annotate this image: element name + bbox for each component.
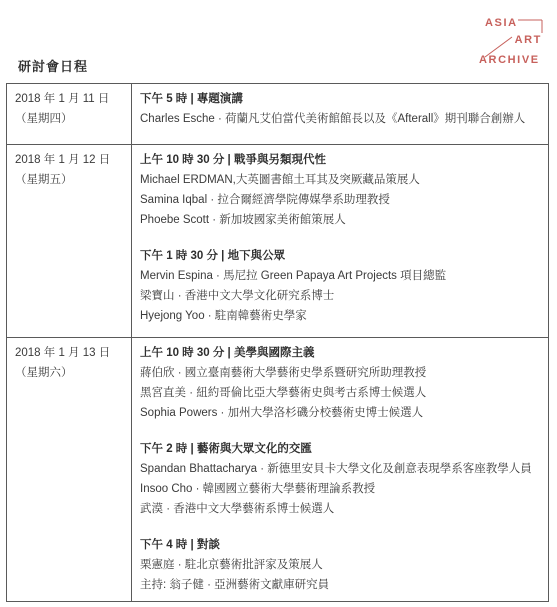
speaker-line: 梁寶山 · 香港中文大學文化研究系博士 [140, 286, 540, 306]
schedule-row-jan11: 2018 年 1 月 11 日 （星期四） 下午 5 時 | 專題演講 Char… [7, 84, 549, 145]
logo-graphic: ASIA ART ARCHIVE [468, 10, 553, 68]
session: 下午 5 時 | 專題演講 Charles Esche · 荷蘭凡艾伯當代美術館… [140, 89, 540, 129]
schedule-row-jan13: 2018 年 1 月 13 日 （星期六） 上午 10 時 30 分 | 美學與… [7, 338, 549, 602]
speaker-line: 蔣伯欣 · 國立臺南藝術大學藝術史學系暨研究所助理教授 [140, 363, 540, 383]
date-text: 2018 年 1 月 11 日 [15, 89, 123, 109]
date-cell: 2018 年 1 月 13 日 （星期六） [7, 338, 132, 602]
weekday-text: （星期五） [15, 170, 123, 190]
session: 下午 4 時 | 對談 栗憲庭 · 駐北京藝術批評家及策展人 主持: 翁子健 ·… [140, 535, 540, 595]
speaker-line: Sophia Powers · 加州大學洛杉磯分校藝術史博士候選人 [140, 403, 540, 423]
session: 上午 10 時 30 分 | 美學與國際主義 蔣伯欣 · 國立臺南藝術大學藝術史… [140, 343, 540, 423]
sessions-cell: 上午 10 時 30 分 | 戰爭與另類現代性 Michael ERDMAN,大… [132, 145, 549, 338]
session-header: 下午 4 時 | 對談 [140, 535, 540, 555]
speaker-line: Charles Esche · 荷蘭凡艾伯當代美術館館長以及《Afterall》… [140, 109, 540, 129]
speaker-line: 黑宮直美 · 紐約哥倫比亞大學藝術史與考古系博士候選人 [140, 383, 540, 403]
speaker-line: Mervin Espina · 馬尼拉 Green Papaya Art Pro… [140, 266, 540, 286]
sessions-cell: 下午 5 時 | 專題演講 Charles Esche · 荷蘭凡艾伯當代美術館… [132, 84, 549, 145]
weekday-text: （星期六） [15, 363, 123, 383]
date-text: 2018 年 1 月 13 日 [15, 343, 123, 363]
session: 下午 2 時 | 藝術與大眾文化的交匯 Spandan Bhattacharya… [140, 439, 540, 519]
asia-art-archive-logo: ASIA ART ARCHIVE [468, 10, 553, 68]
session-header: 上午 10 時 30 分 | 美學與國際主義 [140, 343, 540, 363]
logo-word-asia: ASIA [485, 17, 518, 29]
session-header: 上午 10 時 30 分 | 戰爭與另類現代性 [140, 150, 540, 170]
speaker-line: 武漠 · 香港中文大學藝術系博士候選人 [140, 499, 540, 519]
schedule-row-jan12: 2018 年 1 月 12 日 （星期五） 上午 10 時 30 分 | 戰爭與… [7, 145, 549, 338]
logo-word-art: ART [515, 34, 542, 46]
speaker-line: Samina Iqbal · 拉合爾經濟學院傳媒學系助理教授 [140, 190, 540, 210]
date-text: 2018 年 1 月 12 日 [15, 150, 123, 170]
page-title: 研討會日程 [18, 56, 88, 75]
session: 上午 10 時 30 分 | 戰爭與另類現代性 Michael ERDMAN,大… [140, 150, 540, 230]
session-header: 下午 1 時 30 分 | 地下與公眾 [140, 246, 540, 266]
speaker-line: Hyejong Yoo · 駐南韓藝術史學家 [140, 306, 540, 326]
speaker-line: Spandan Bhattacharya · 新德里安貝卡大學文化及創意表現學系… [140, 459, 540, 479]
session: 下午 1 時 30 分 | 地下與公眾 Mervin Espina · 馬尼拉 … [140, 246, 540, 326]
session-header: 下午 5 時 | 專題演講 [140, 89, 540, 109]
schedule-table: 2018 年 1 月 11 日 （星期四） 下午 5 時 | 專題演講 Char… [6, 83, 549, 602]
speaker-line: 主持: 翁子健 · 亞洲藝術文獻庫研究員 [140, 575, 540, 595]
logo-word-archive: ARCHIVE [479, 54, 540, 66]
document-page: ASIA ART ARCHIVE 研討會日程 2018 年 1 月 11 日 （… [0, 0, 557, 607]
sessions-cell: 上午 10 時 30 分 | 美學與國際主義 蔣伯欣 · 國立臺南藝術大學藝術史… [132, 338, 549, 602]
speaker-line: Phoebe Scott · 新加坡國家美術館策展人 [140, 210, 540, 230]
weekday-text: （星期四） [15, 109, 123, 129]
date-cell: 2018 年 1 月 12 日 （星期五） [7, 145, 132, 338]
speaker-line: 栗憲庭 · 駐北京藝術批評家及策展人 [140, 555, 540, 575]
date-cell: 2018 年 1 月 11 日 （星期四） [7, 84, 132, 145]
speaker-line: Michael ERDMAN,大英圖書館土耳其及突厥藏品策展人 [140, 170, 540, 190]
speaker-line: Insoo Cho · 韓國國立藝術大學藝術理論系教授 [140, 479, 540, 499]
session-header: 下午 2 時 | 藝術與大眾文化的交匯 [140, 439, 540, 459]
